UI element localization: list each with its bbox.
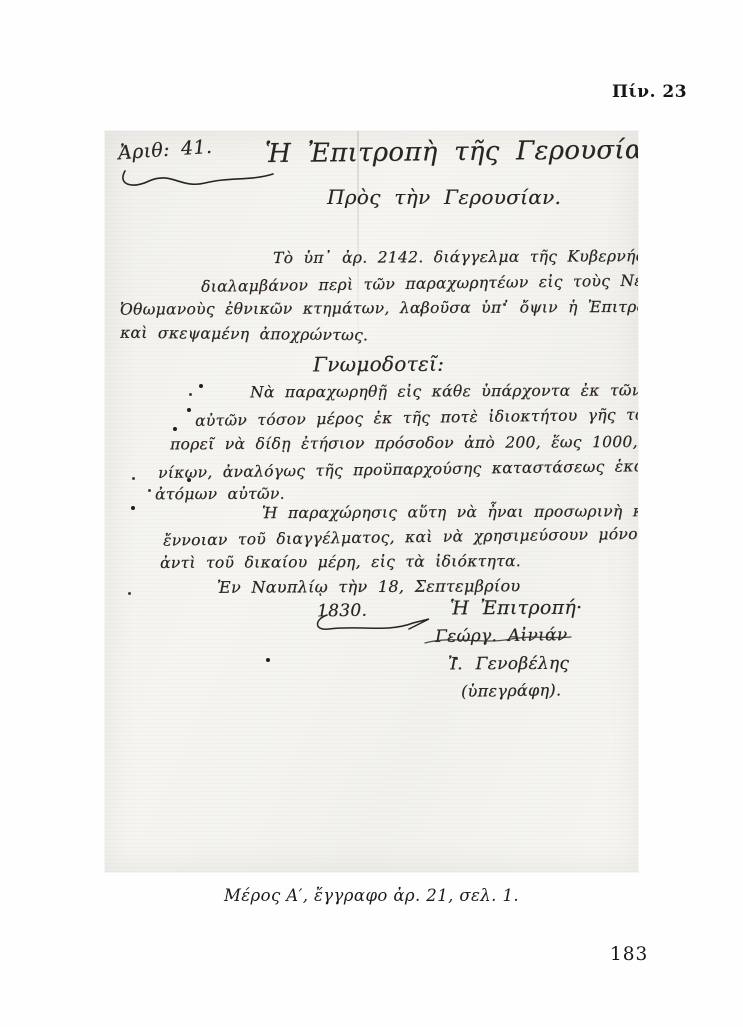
handwritten-line: νίκων, ἀναλόγως τῆς προϋπαρχούσης καταστ… (158, 456, 638, 482)
dateline-place: Ἐν Ναυπλίῳ τὴν 18, Σεπτεμβρίου (217, 576, 520, 597)
resolution-heading: Γνωμοδοτεῖ: (313, 352, 444, 377)
figure-caption: Μέρος Α′, ἔγγραφο ἀρ. 21, σελ. 1. (0, 886, 743, 905)
handwritten-line: διαλαμβάνον περὶ τῶν παραχωρητέων εἰς το… (201, 270, 638, 296)
ink-speck (132, 477, 135, 480)
book-page: Πίν. 23 Ἀριθ: 41. Ἡ Ἐπιτροπὴ τῆς Γερουσί… (0, 0, 743, 1027)
handwritten-line: Νὰ παραχωρηθῇ εἰς κάθε ὑπάρχοντα ἐκ τῶν … (250, 381, 638, 402)
handwritten-line: ἔννοιαν τοῦ διαγγέλματος, καὶ νὰ χρησιμε… (163, 524, 638, 549)
ink-speck (128, 592, 131, 595)
signature-heading: Ἡ Ἐπιτροπή· (450, 597, 582, 620)
handwritten-line: ἀτόμων αὐτῶν. (155, 485, 285, 504)
ink-speck (189, 393, 192, 396)
ink-speck (266, 658, 270, 662)
handwritten-line: πορεῖ νὰ δίδῃ ἐτήσιον πρόσοδον ἀπὸ 200, … (170, 433, 638, 454)
handwritten-line: ἀντὶ τοῦ δικαίου μέρη, εἰς τὰ ἰδιόκτητα. (160, 552, 521, 572)
ink-speck (455, 657, 458, 660)
ink-speck (187, 478, 191, 482)
ink-flourish (119, 163, 279, 193)
signature: Ἰ. Γενοβέλης (448, 654, 569, 675)
ink-speck (420, 309, 423, 312)
ink-speck (148, 489, 151, 492)
ink-speck (187, 408, 191, 412)
ink-speck (503, 303, 506, 306)
ink-speck (173, 427, 177, 431)
handwritten-line: καὶ σκεψαμένη ἀποχρώντως. (120, 324, 368, 345)
plate-label: Πίν. 23 (612, 82, 687, 102)
page-number: 183 (610, 944, 648, 965)
signature: (ὑπεγράφη). (461, 680, 562, 700)
document-ref-number: Ἀριθ: 41. (117, 136, 212, 165)
signature-flourish (423, 631, 573, 649)
document-title: Ἡ Ἐπιτροπὴ τῆς Γερουσίας (265, 135, 638, 169)
ink-speck (199, 384, 203, 388)
document-addressee: Πρὸς τὴν Γερουσίαν. (327, 185, 561, 209)
ink-speck (131, 506, 135, 510)
handwritten-line: Ἡ παραχώρησις αὕτη νὰ ἦναι προσωρινὴ κατ… (262, 502, 638, 522)
scanned-document: Ἀριθ: 41. Ἡ Ἐπιτροπὴ τῆς Γερουσίας Πρὸς … (105, 131, 638, 872)
handwritten-line: αὐτῶν τόσον μέρος ἐκ τῆς ποτὲ ἰδιοκτήτου… (195, 404, 638, 430)
handwritten-line: Τὸ ὑπ᾽ ἀρ. 2142. διάγγελμα τῆς Κυβερνήσε… (273, 247, 638, 267)
handwritten-line: Ὀθωμανοὺς ἐθνικῶν κτημάτων, λαβοῦσα ὑπ᾽ … (120, 297, 638, 318)
